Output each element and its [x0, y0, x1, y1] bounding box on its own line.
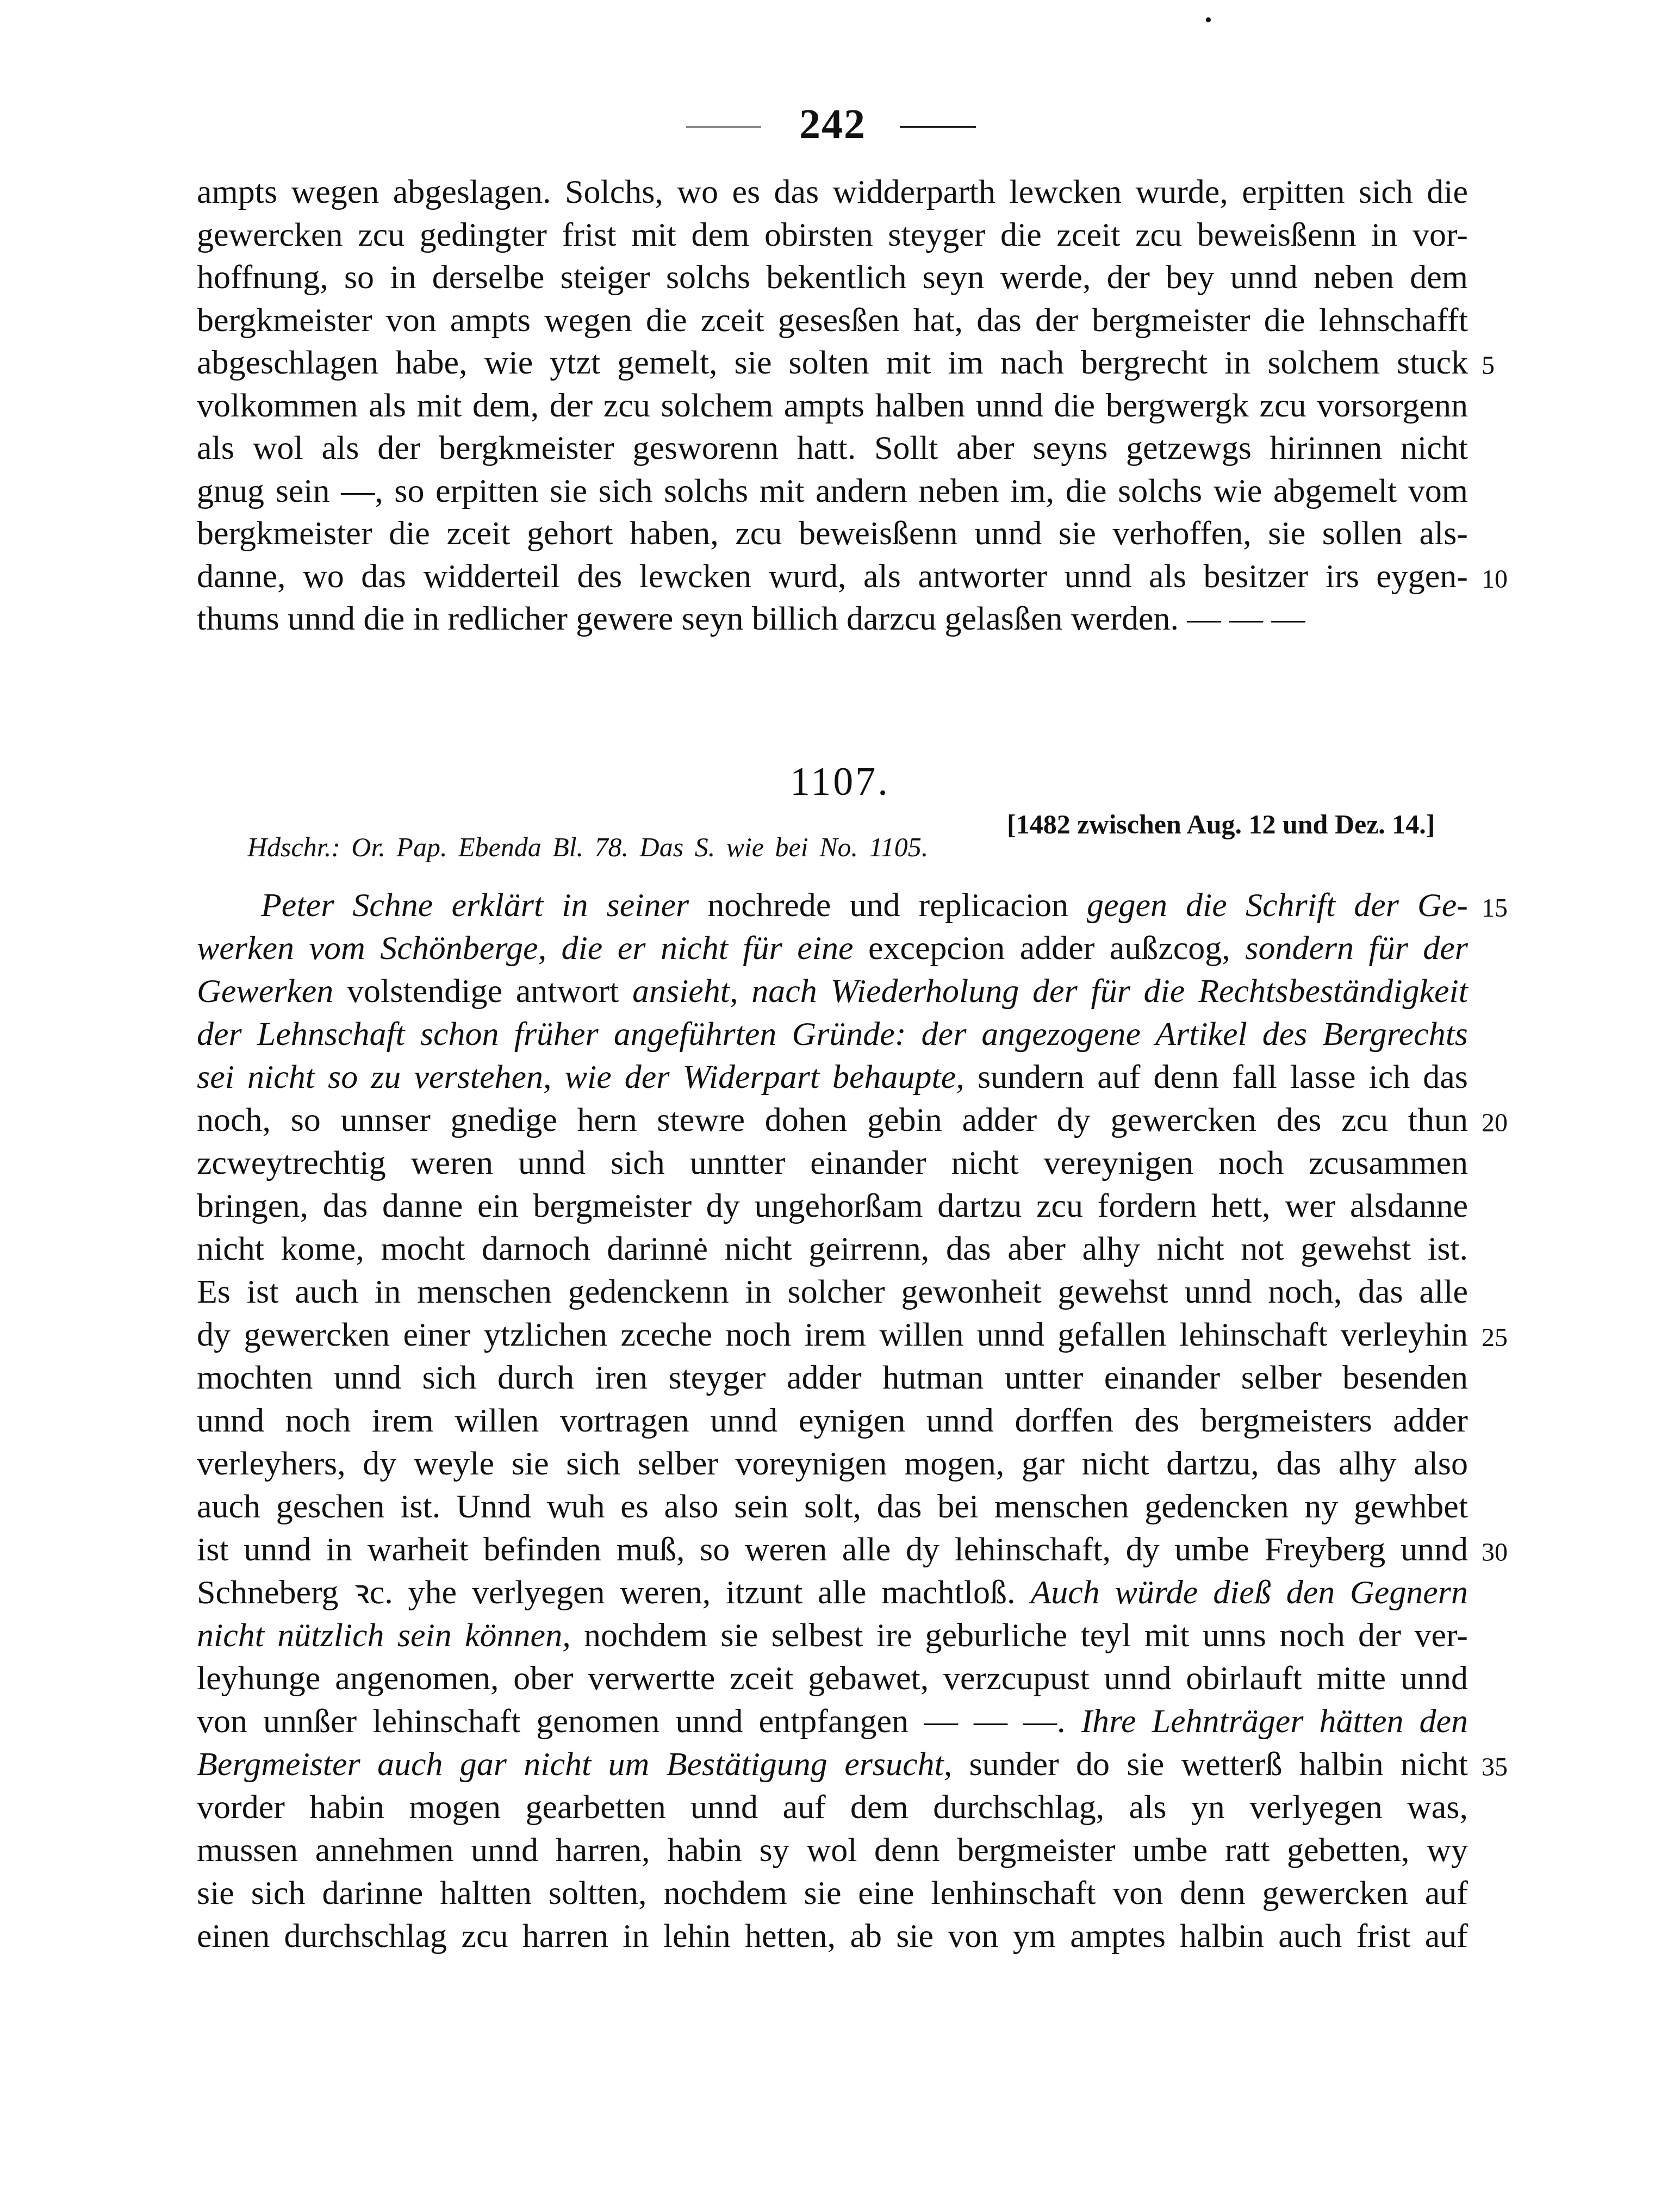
text-line: gnug sein —, so erpitten sie sich solchs… [197, 472, 1468, 510]
text-line: von unnßer lehinschaft genomen unnd entp… [197, 1702, 1468, 1740]
text-segment: vorder habin mogen gearbetten unnd auf d… [197, 1789, 1468, 1826]
text-line: verleyhers, dy weyle sie sich selber vor… [197, 1445, 1468, 1483]
italic-segment: Gewerken [197, 973, 347, 1010]
text-segment: mussen annehmen unnd harren, habin sy wo… [197, 1832, 1468, 1869]
entry-number: 1107. [0, 760, 1680, 804]
line-number: 25 [1482, 1319, 1508, 1357]
text-line: danne, wo das widderteil des lewcken wur… [197, 557, 1468, 595]
text-line: abgeschlagen habe, wie ytzt gemelt, sie … [197, 344, 1468, 382]
italic-segment: ansieht, nach Wiederholung der für die R… [632, 973, 1468, 1010]
text-segment: danne, wo das widderteil des lewcken wur… [197, 558, 1468, 595]
text-line: Schneberg ꝛc. yhe verlyegen weren, itzun… [197, 1573, 1468, 1611]
text-line: nicht kome, mocht darnoch darinnė nicht … [197, 1230, 1468, 1268]
italic-segment: Peter Schne erklärt in seiner [261, 887, 707, 924]
text-segment: einen durchschlag zcu harren in lehin he… [197, 1918, 1468, 1955]
text-segment: bergkmeister die zceit gehort haben, zcu… [197, 515, 1468, 552]
line-number: 20 [1482, 1104, 1508, 1142]
source-note: Hdschr.: Or. Pap. Ebenda Bl. 78. Das S. … [247, 831, 928, 863]
text-line: mussen annehmen unnd harren, habin sy wo… [197, 1831, 1468, 1869]
text-segment: Es ist auch in menschen gedenckenn in so… [197, 1273, 1468, 1310]
line-number: 5 [1482, 347, 1495, 385]
text-segment: volstendige antwort [347, 973, 632, 1010]
document-page: 242 ampts wegen abgeslagen. Solchs, wo e… [0, 0, 1680, 2197]
text-line: Gewerken volstendige antwort ansieht, na… [197, 972, 1468, 1010]
italic-segment: der Lehnschaft schon früher angeführten … [197, 1016, 1468, 1053]
text-line: als wol als der bergkmeister gesworenn h… [197, 429, 1468, 467]
text-line: noch, so unnser gnedige hern stewre dohe… [197, 1101, 1468, 1139]
text-segment: ampts wegen abgeslagen. Solchs, wo es da… [197, 173, 1468, 210]
text-segment: mochten unnd sich durch iren steyger add… [197, 1359, 1468, 1396]
italic-segment: Auch würde dieß den Gegnern [1030, 1574, 1468, 1611]
text-line: vorder habin mogen gearbetten unnd auf d… [197, 1788, 1468, 1826]
text-segment: gewercken zcu gedingter frist mit dem ob… [197, 216, 1468, 253]
italic-segment: nicht nützlich sein können, [197, 1617, 584, 1654]
text-line: Bergmeister auch gar nicht um Bestätigun… [197, 1745, 1468, 1783]
italic-segment: werken vom Schönberge, die er nicht für … [197, 930, 868, 967]
entry-date: [1482 zwischen Aug. 12 und Dez. 14.] [1007, 808, 1473, 841]
page-number: 242 [799, 102, 864, 146]
line-number: 10 [1482, 561, 1508, 599]
line-number: 30 [1482, 1534, 1508, 1572]
text-line: volkommen als mit dem, der zcu solchem a… [197, 387, 1468, 425]
text-line: ampts wegen abgeslagen. Solchs, wo es da… [197, 173, 1468, 211]
text-segment: sundern auf denn fall lasse ich das [978, 1059, 1468, 1096]
header-rule-right [900, 126, 976, 128]
text-segment: noch, so unnser gnedige hern stewre dohe… [197, 1101, 1468, 1138]
text-line: sei nicht so zu verstehen, wie der Wider… [197, 1058, 1468, 1096]
text-segment: Schneberg ꝛc. yhe verlyegen weren, itzun… [197, 1574, 1030, 1611]
page-header: 242 [0, 102, 1680, 146]
text-segment: volkommen als mit dem, der zcu solchem a… [197, 387, 1468, 424]
text-segment: dy gewercken einer ytzlichen zceche noch… [197, 1316, 1468, 1353]
text-segment: abgeschlagen habe, wie ytzt gemelt, sie … [197, 344, 1468, 381]
text-line: werken vom Schönberge, die er nicht für … [197, 929, 1468, 967]
text-line: zcweytrechtig weren unnd sich unntter ei… [197, 1144, 1468, 1182]
text-line: bringen, das danne ein bergmeister dy un… [197, 1187, 1468, 1225]
italic-segment: Bergmeister auch gar nicht um Bestätigun… [197, 1746, 969, 1783]
text-line: unnd noch irem willen vortragen unnd eyn… [197, 1402, 1468, 1440]
text-segment: sunder do sie wetterß halbin nicht [969, 1746, 1468, 1783]
text-segment: gnug sein —, so erpitten sie sich solchs… [197, 472, 1468, 509]
text-segment: sie sich darinne haltten soltten, nochde… [197, 1875, 1468, 1912]
text-line: sie sich darinne haltten soltten, nochde… [197, 1874, 1468, 1912]
text-segment: hoffnung, so in derselbe steiger solchs … [197, 259, 1468, 296]
text-line: bergkmeister die zceit gehort haben, zcu… [197, 514, 1468, 552]
text-segment: thums unnd die in redlicher gewere seyn … [197, 600, 1305, 637]
text-line: bergkmeister von ampts wegen die zceit g… [197, 301, 1468, 339]
text-segment: bergkmeister von ampts wegen die zceit g… [197, 302, 1468, 339]
text-segment: als wol als der bergkmeister gesworenn h… [197, 430, 1468, 466]
text-segment: von unnßer lehinschaft genomen unnd entp… [197, 1703, 1081, 1740]
text-segment: auch geschen ist. Unnd wuh es also sein … [197, 1488, 1468, 1525]
text-segment: bringen, das danne ein bergmeister dy un… [197, 1187, 1468, 1224]
text-line: ist unnd in warheit befinden muß, so wer… [197, 1530, 1468, 1569]
text-line: leyhunge angenomen, ober verwertte zceit… [197, 1659, 1468, 1697]
text-line: Es ist auch in menschen gedenckenn in so… [197, 1273, 1468, 1311]
text-segment: excepcion adder außzcog, [868, 930, 1245, 967]
italic-segment: sei nicht so zu verstehen, wie der Wider… [197, 1059, 978, 1096]
text-line: nicht nützlich sein können, nochdem sie … [197, 1616, 1468, 1654]
header-rule-left [686, 126, 761, 128]
text-segment: unnd noch irem willen vortragen unnd eyn… [197, 1402, 1468, 1439]
scan-speck [1206, 17, 1211, 22]
line-number: 35 [1482, 1748, 1508, 1787]
text-line: hoffnung, so in derselbe steiger solchs … [197, 258, 1468, 296]
text-segment: leyhunge angenomen, ober verwertte zceit… [197, 1660, 1468, 1697]
text-line: mochten unnd sich durch iren steyger add… [197, 1359, 1468, 1397]
text-line: gewercken zcu gedingter frist mit dem ob… [197, 216, 1468, 254]
text-segment: nicht kome, mocht darnoch darinnė nicht … [197, 1230, 1468, 1267]
text-line: dy gewercken einer ytzlichen zceche noch… [197, 1316, 1468, 1354]
text-segment: ist unnd in warheit befinden muß, so wer… [197, 1531, 1468, 1568]
line-number: 15 [1482, 889, 1508, 928]
text-segment: nochrede und replicacion [707, 887, 1087, 924]
text-line: auch geschen ist. Unnd wuh es also sein … [197, 1488, 1468, 1526]
text-segment: nochdem sie selbest ire geburliche teyl … [584, 1617, 1468, 1654]
text-line: der Lehnschaft schon früher angeführten … [197, 1015, 1468, 1053]
text-line: Peter Schne erklärt in seiner nochrede u… [261, 886, 1468, 924]
text-segment: zcweytrechtig weren unnd sich unntter ei… [197, 1144, 1468, 1181]
text-segment: verleyhers, dy weyle sie sich selber vor… [197, 1445, 1468, 1482]
text-line: einen durchschlag zcu harren in lehin he… [197, 1917, 1468, 1955]
italic-segment: gegen die Schrift der Ge- [1087, 887, 1468, 924]
text-line: thums unnd die in redlicher gewere seyn … [197, 600, 1468, 638]
italic-segment: Ihre Lehnträger hätten den [1081, 1703, 1468, 1740]
italic-segment: sondern für der [1245, 930, 1468, 967]
